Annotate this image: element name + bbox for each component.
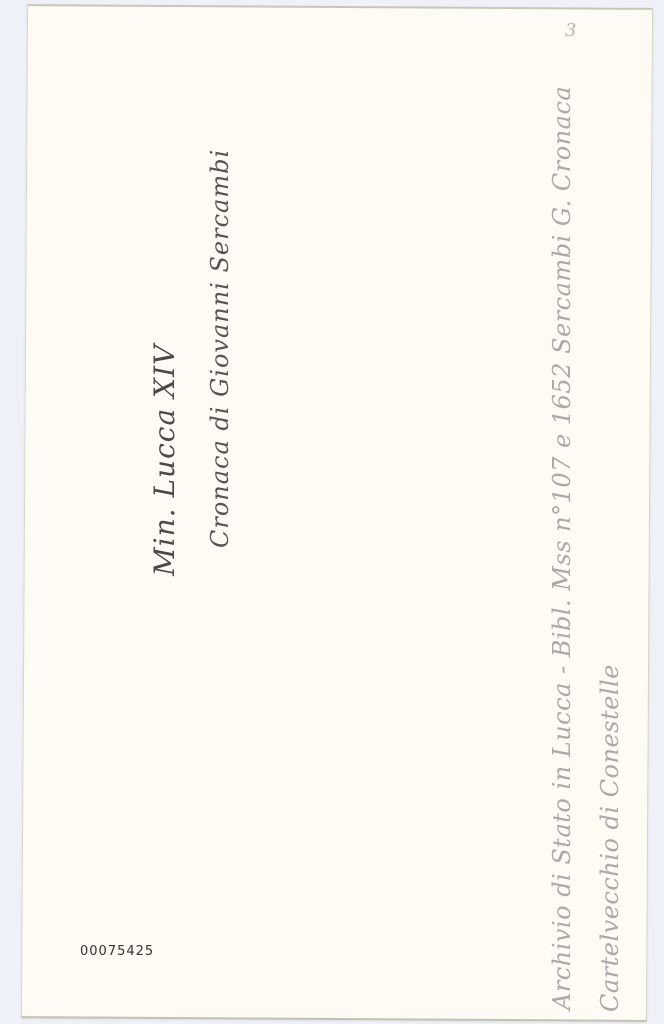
- archive-reference-line-1: Archivio di Stato in Lucca - Bibl. Mss n…: [548, 86, 576, 1010]
- inventory-number: 00075425: [80, 944, 154, 959]
- archive-reference-line-2: Cartelvecchio di Conestelle: [596, 664, 624, 1012]
- handwritten-title: Min. Lucca XIV: [148, 344, 181, 576]
- corner-pencil-mark: 3: [565, 20, 576, 41]
- handwritten-subtitle: Cronaca di Giovanni Sercambi: [206, 149, 234, 548]
